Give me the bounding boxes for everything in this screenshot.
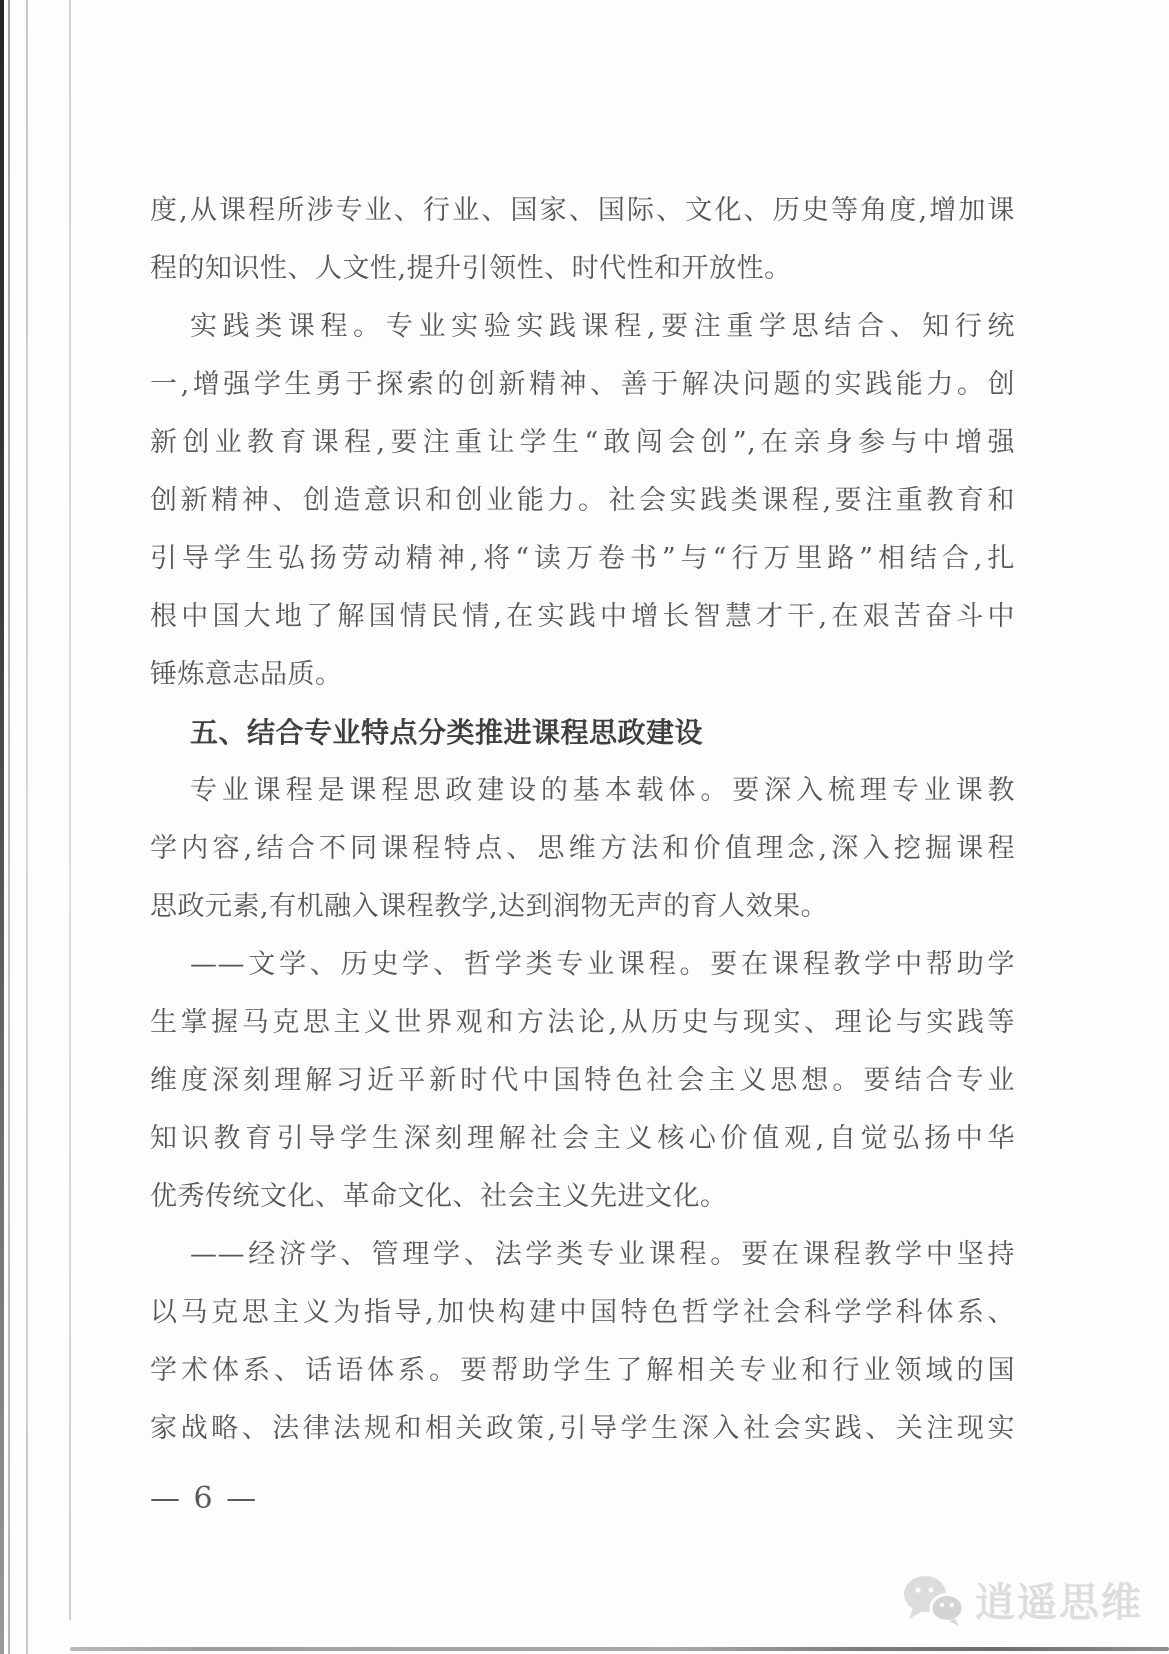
body-line: 根中国大地了解国情民情,在实践中增长智慧才干,在艰苦奋斗中 — [150, 588, 1015, 646]
paragraph: ——文学、历史学、哲学类专业课程。要在课程教学中帮助学 生掌握马克思主义世界观和… — [150, 936, 1015, 1226]
scanned-page: 度,从课程所涉专业、行业、国家、国际、文化、历史等角度,增加课 程的知识性、人文… — [0, 0, 1169, 1654]
body-line: 学内容,结合不同课程特点、思维方法和价值理念,深入挖掘课程 — [150, 820, 1015, 878]
body-line: 引导学生弘扬劳动精神,将“读万卷书”与“行万里路”相结合,扎 — [150, 530, 1015, 588]
body-line: 一,增强学生勇于探索的创新精神、善于解决问题的实践能力。创 — [150, 356, 1015, 414]
body-line: ——文学、历史学、哲学类专业课程。要在课程教学中帮助学 — [150, 936, 1015, 994]
body-line: ——经济学、管理学、法学类专业课程。要在课程教学中坚持 — [150, 1226, 1015, 1284]
paragraph: 专业课程是课程思政建设的基本载体。要深入梳理专业课教 学内容,结合不同课程特点、… — [150, 762, 1015, 936]
paragraph: ——经济学、管理学、法学类专业课程。要在课程教学中坚持 以马克思主义为指导,加快… — [150, 1226, 1015, 1458]
body-line: 锤炼意志品质。 — [150, 646, 1015, 704]
page-bottom-shadow — [70, 1647, 1169, 1651]
section-heading: 五、结合专业特点分类推进课程思政建设 — [150, 704, 1015, 762]
body-line: 思政元素,有机融入课程教学,达到润物无声的育人效果。 — [150, 878, 1015, 936]
body-line: 优秀传统文化、革命文化、社会主义先进文化。 — [150, 1168, 1015, 1226]
page-edge-artifact — [8, 0, 10, 1654]
body-line: 专业课程是课程思政建设的基本载体。要深入梳理专业课教 — [150, 762, 1015, 820]
body-line: 创新精神、创造意识和创业能力。社会实践类课程,要注重教育和 — [150, 472, 1015, 530]
wechat-chat-bubbles-icon — [901, 1573, 965, 1627]
body-line: 生掌握马克思主义世界观和方法论,从历史与现实、理论与实践等 — [150, 994, 1015, 1052]
body-line: 家战略、法律法规和相关政策,引导学生深入社会实践、关注现实 — [150, 1400, 1015, 1458]
body-line: 学术体系、话语体系。要帮助学生了解相关专业和行业领域的国 — [150, 1342, 1015, 1400]
body-line: 实践类课程。专业实验实践课程,要注重学思结合、知行统 — [150, 298, 1015, 356]
body-line: 知识教育引导学生深刻理解社会主义核心价值观,自觉弘扬中华 — [150, 1110, 1015, 1168]
body-line: 维度深刻理解习近平新时代中国特色社会主义思想。要结合专业 — [150, 1052, 1015, 1110]
watermark-label: 逍遥思维 — [975, 1571, 1143, 1628]
text-column: 度,从课程所涉专业、行业、国家、国际、文化、历史等角度,增加课 程的知识性、人文… — [150, 182, 1015, 1528]
paragraph-continuation: 度,从课程所涉专业、行业、国家、国际、文化、历史等角度,增加课 程的知识性、人文… — [150, 182, 1015, 298]
watermark: 逍遥思维 — [901, 1571, 1143, 1628]
body-line: 新创业教育课程,要注重让学生“敢闯会创”,在亲身参与中增强 — [150, 414, 1015, 472]
page-number: — 6 — — [150, 1470, 1015, 1528]
page-edge-artifact — [69, 0, 71, 1620]
body-line: 以马克思主义为指导,加快构建中国特色哲学社会科学学科体系、 — [150, 1284, 1015, 1342]
page-edge-artifact — [26, 0, 28, 1654]
body-line: 度,从课程所涉专业、行业、国家、国际、文化、历史等角度,增加课 — [150, 182, 1015, 240]
body-line: 程的知识性、人文性,提升引领性、时代性和开放性。 — [150, 240, 1015, 298]
paragraph: 实践类课程。专业实验实践课程,要注重学思结合、知行统 一,增强学生勇于探索的创新… — [150, 298, 1015, 704]
page-edge-artifact — [0, 0, 4, 1654]
